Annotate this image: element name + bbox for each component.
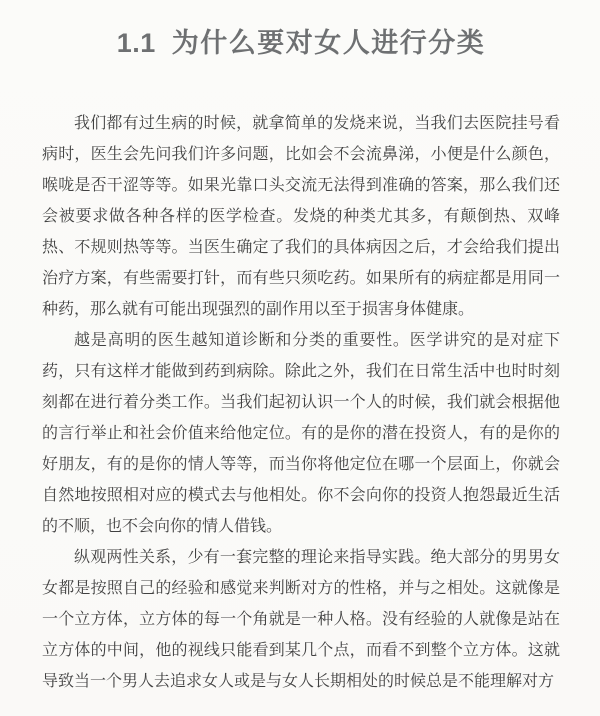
chapter-heading: 1.1为什么要对女人进行分类 bbox=[42, 26, 560, 60]
paragraph-classification-importance: 越是高明的医生越知道诊断和分类的重要性。医学讲究的是对症下药，只有这样才能做到药… bbox=[42, 325, 560, 542]
chapter-body: 我们都有过生病的时候，就拿简单的发烧来说，当我们去医院挂号看病时，医生会先问我们… bbox=[42, 108, 560, 697]
paragraph-fever-example: 我们都有过生病的时候，就拿简单的发烧来说，当我们去医院挂号看病时，医生会先问我们… bbox=[42, 108, 560, 325]
chapter-number: 1.1 bbox=[117, 28, 156, 58]
chapter-title: 为什么要对女人进行分类 bbox=[172, 28, 486, 58]
paragraph-gender-relations-cube: 纵观两性关系，少有一套完整的理论来指导实践。绝大部分的男男女女都是按照自己的经验… bbox=[42, 542, 560, 697]
book-page: 1.1为什么要对女人进行分类 我们都有过生病的时候，就拿简单的发烧来说，当我们去… bbox=[0, 0, 600, 716]
